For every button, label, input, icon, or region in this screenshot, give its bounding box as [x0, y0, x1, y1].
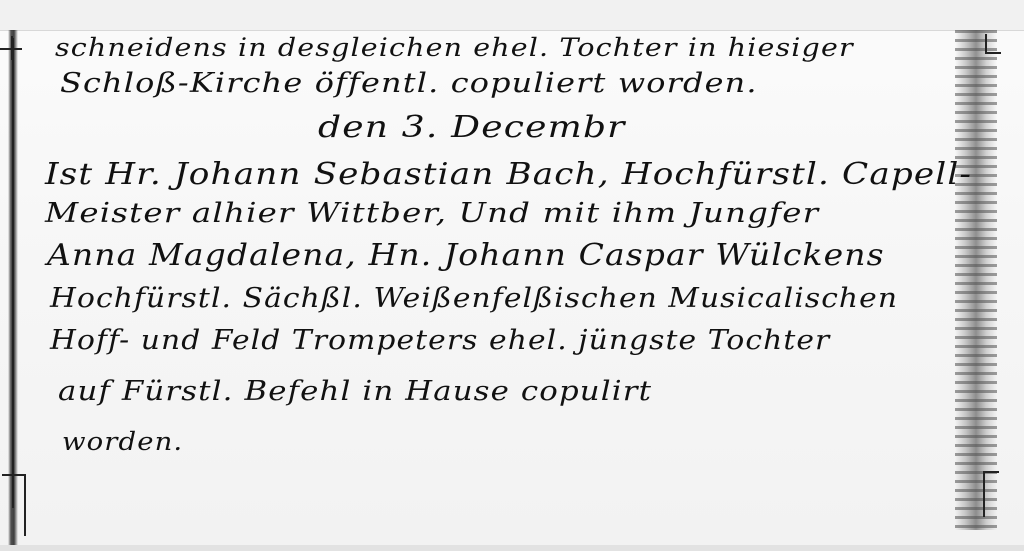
handwritten-line-10: worden. [62, 427, 183, 456]
right-binding-shadow [955, 30, 997, 530]
handwritten-line-8: Hoff- und Feld Trompeters ehel. jüngste … [50, 325, 830, 356]
handwritten-line-6: Anna Magdalena, Hn. Johann Caspar Wülcke… [47, 238, 885, 273]
handwritten-line-2: Schloß-Kirche öffentl. copuliert worden. [60, 68, 758, 99]
handwritten-line-1: schneidens in desgleichen ehel. Tochter … [55, 33, 854, 62]
crop-mark-top-right [985, 34, 1001, 54]
bottom-margin [0, 545, 1024, 551]
crop-mark-bottom-left-vertical [24, 474, 26, 536]
handwritten-line-4: Ist Hr. Johann Sebastian Bach, Hochfürst… [45, 157, 972, 192]
left-margin-rule [12, 38, 14, 508]
top-margin [0, 0, 1024, 31]
handwritten-line-9: auf Fürstl. Befehl in Hause copulirt [58, 376, 652, 407]
crop-mark-bottom-left [2, 474, 26, 476]
handwritten-line-7: Hochfürstl. Sächßl. Weißenfelßischen Mus… [50, 283, 898, 314]
document-page: schneidens in desgleichen ehel. Tochter … [0, 0, 1024, 551]
entry-date-heading: den 3. Decembr [318, 110, 626, 145]
handwritten-line-5: Meister alhier Wittber, Und mit ihm Jung… [45, 198, 819, 229]
crop-mark-top-left-vertical [11, 36, 13, 60]
crop-mark-bottom-right [983, 471, 999, 517]
